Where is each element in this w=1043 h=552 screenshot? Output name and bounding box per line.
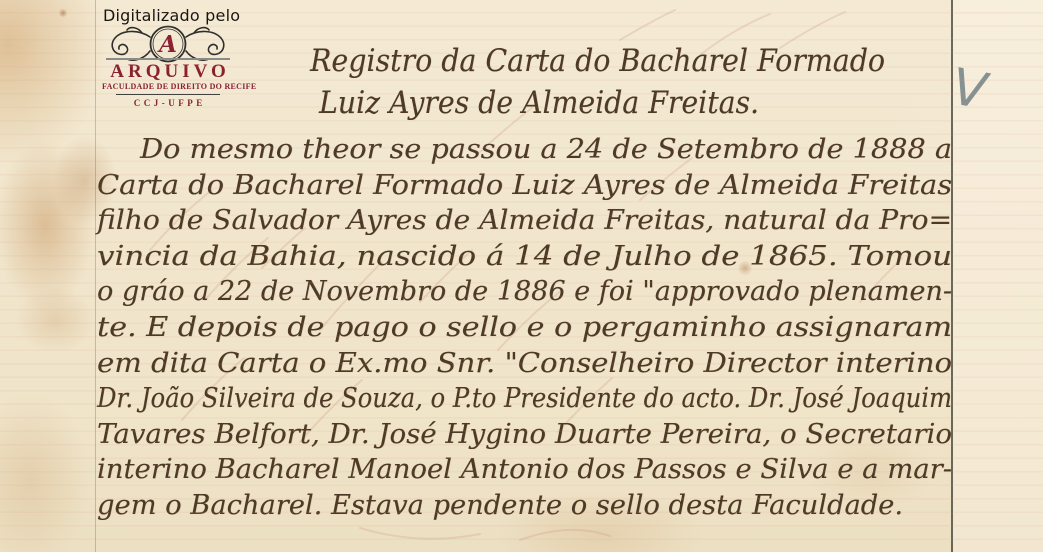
manuscript-body: Do mesmo theor se passou a 24 de Setembr… xyxy=(97,132,952,524)
body-line: o gráo a 22 de Novembro de 1886 e foi "a… xyxy=(97,274,952,310)
body-line: filho de Salvador Ayres de Almeida Freit… xyxy=(97,203,952,239)
body-line: em dita Carta o Ex.mo Snr. "Conselheiro … xyxy=(97,346,952,382)
body-line: vincia da Bahia, nascido á 14 de Julho d… xyxy=(97,239,952,275)
body-line: interino Bacharel Manoel Antonio dos Pas… xyxy=(97,452,952,488)
body-line: Tavares Belfort, Dr. José Hygino Duarte … xyxy=(97,417,952,453)
body-line: Do mesmo theor se passou a 24 de Setembr… xyxy=(140,132,952,168)
body-line: te. E depois de pago o sello e o pergami… xyxy=(97,310,952,346)
title-line-2: Luiz Ayres de Almeida Freitas. xyxy=(319,82,759,124)
body-line: Dr. João Silveira de Souza, o P.to Presi… xyxy=(97,381,952,417)
body-line: Carta do Bacharel Formado Luiz Ayres de … xyxy=(97,168,952,204)
scanned-document-page: Digitalizado pelo A ARQUIVO FACULDADE DE… xyxy=(0,0,1043,552)
title-line-1: Registro da Carta do Bacharel Formado xyxy=(310,40,885,82)
manuscript-text: Registro da Carta do Bacharel Formado Lu… xyxy=(97,40,952,524)
manuscript-title: Registro da Carta do Bacharel Formado Lu… xyxy=(97,40,952,124)
left-margin-rule xyxy=(95,0,96,552)
body-line: gem o Bacharel. Estava pendente o sello … xyxy=(97,488,903,524)
